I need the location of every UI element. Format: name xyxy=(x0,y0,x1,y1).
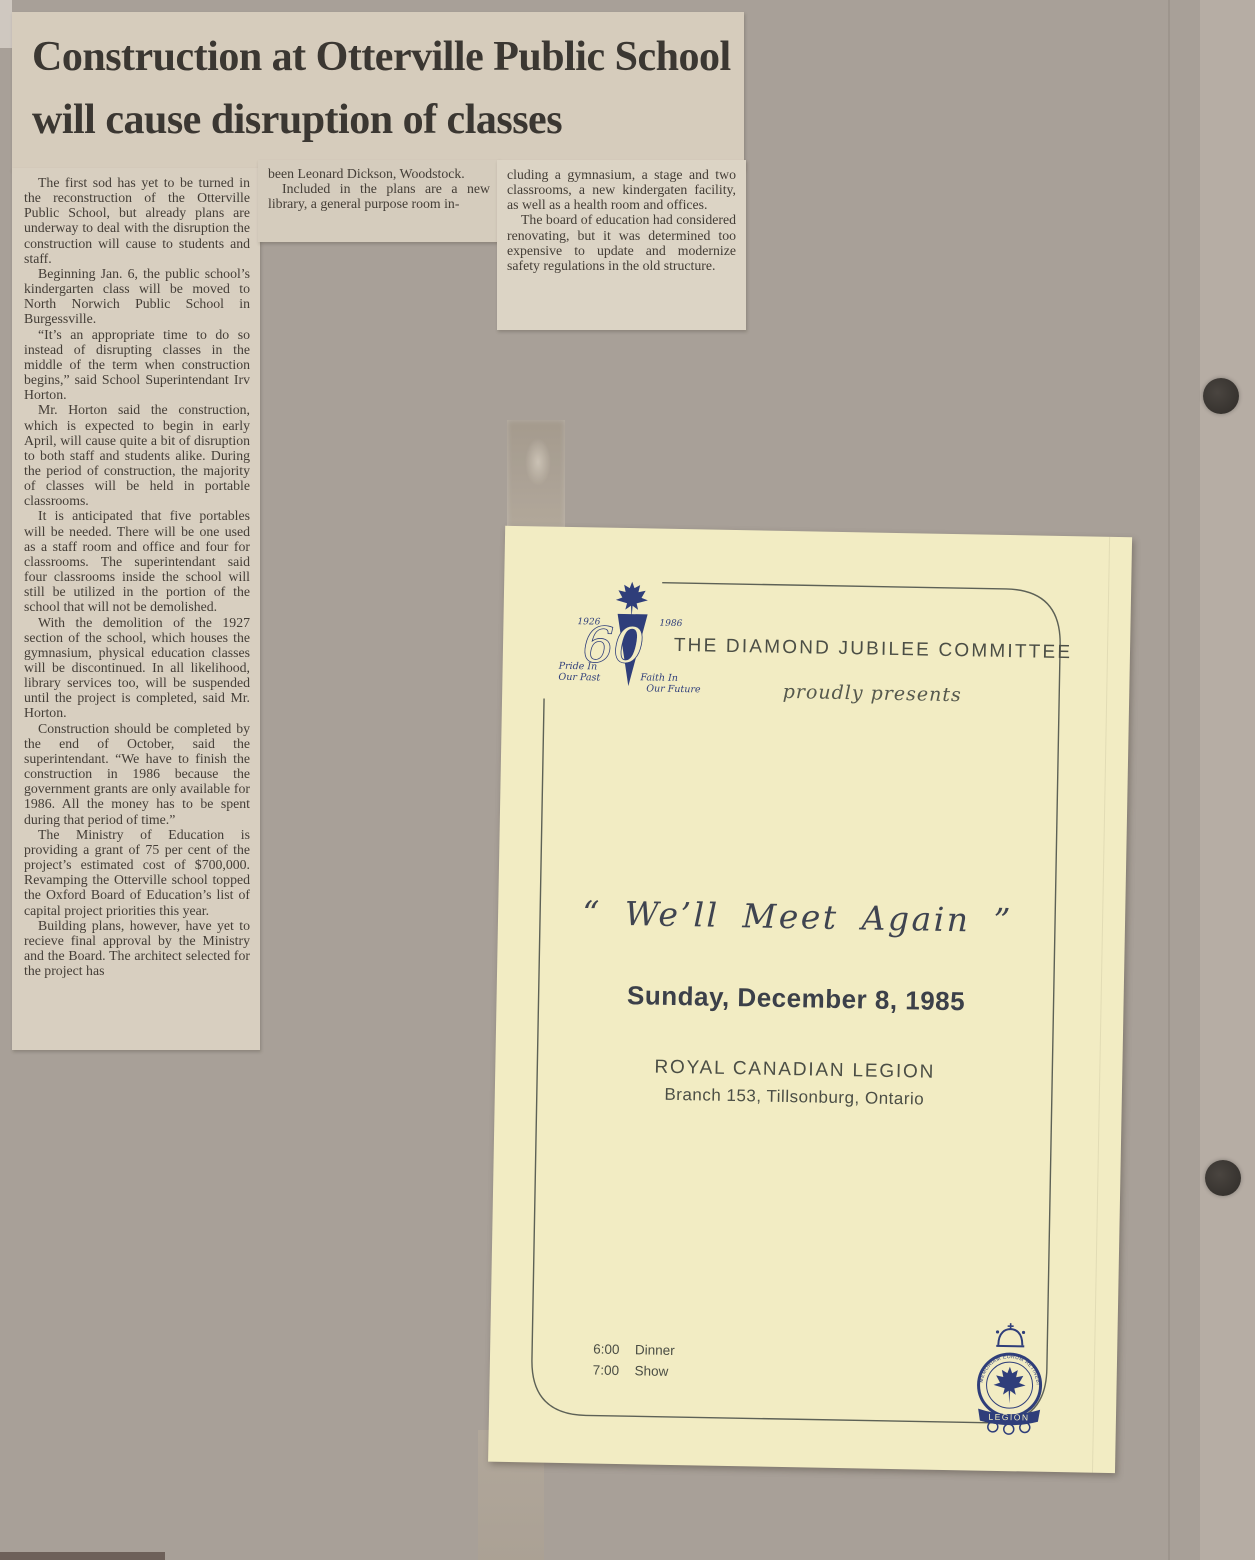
crest-maple-leaf-icon xyxy=(993,1366,1026,1403)
newspaper-clipping-headline-block: Construction at Otterville Public School… xyxy=(12,12,744,170)
article-column-1: The first sod has yet to be turned in th… xyxy=(12,168,260,1050)
schedule-row: 7:00 Show xyxy=(593,1363,675,1379)
scan-corner-sliver xyxy=(0,0,12,48)
schedule-time: 7:00 xyxy=(593,1363,631,1379)
article-paragraph: It is anticipated that five portables wi… xyxy=(24,508,250,614)
tape-strip-top xyxy=(507,420,565,528)
article-paragraph: been Leonard Dickson, Woodstock. xyxy=(268,166,490,181)
legion-crest-icon: MEMORIAM EORUM RETINEBIMUS LEGION xyxy=(966,1320,1054,1438)
schedule-list: 6:00 Dinner 7:00 Show xyxy=(593,1342,675,1385)
article-column-3: cluding a gymnasium, a stage and two cla… xyxy=(497,160,746,330)
page-bottom-edge xyxy=(0,1552,165,1560)
schedule-event: Show xyxy=(634,1363,668,1379)
article-column-2: been Leonard Dickson, Woodstock. Include… xyxy=(258,160,500,242)
headline-line-2: will cause disruption of classes xyxy=(32,89,744,152)
page-right-edge-strip xyxy=(1200,0,1255,1560)
article-paragraph: Included in the plans are a new library,… xyxy=(268,181,490,211)
crest-banner-text: LEGION xyxy=(988,1412,1029,1423)
schedule-row: 6:00 Dinner xyxy=(593,1342,675,1358)
article-paragraph: With the demolition of the 1927 section … xyxy=(24,615,250,721)
headline-line-1: Construction at Otterville Public School xyxy=(32,26,744,89)
maple-leaf-icon xyxy=(616,581,649,618)
crown-icon xyxy=(996,1323,1026,1347)
article-paragraph: cluding a gymnasium, a stage and two cla… xyxy=(507,167,736,212)
schedule-time: 6:00 xyxy=(593,1342,631,1358)
article-paragraph: “It’s an appropriate time to do so inste… xyxy=(24,327,250,403)
logo-tagline-pride: Pride In xyxy=(558,661,597,673)
hole-punch-top xyxy=(1203,378,1239,414)
schedule-event: Dinner xyxy=(635,1342,675,1358)
article-paragraph: The Ministry of Education is providing a… xyxy=(24,827,250,918)
hole-punch-bottom xyxy=(1205,1160,1241,1196)
article-paragraph: The first sod has yet to be turned in th… xyxy=(24,175,250,266)
logo-year-right: 1986 xyxy=(659,619,682,629)
page-edge-line xyxy=(1168,0,1170,1560)
article-paragraph: The board of education had considered re… xyxy=(507,212,736,273)
jubilee-program-flyer: 1926 1986 60 Pride In Our Past Faith In … xyxy=(488,526,1132,1473)
svg-text:Our Past: Our Past xyxy=(558,672,600,684)
article-headline: Construction at Otterville Public School… xyxy=(12,12,744,152)
article-paragraph: Construction should be completed by the … xyxy=(24,721,250,827)
article-paragraph: Mr. Horton said the construction, which … xyxy=(24,402,250,508)
article-paragraph: Building plans, however, have yet to rec… xyxy=(24,918,250,979)
article-paragraph: Beginning Jan. 6, the public school’s ki… xyxy=(24,266,250,327)
